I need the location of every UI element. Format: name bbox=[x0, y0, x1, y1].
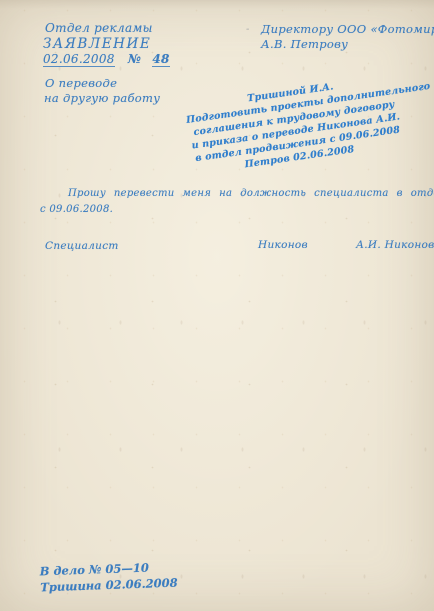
filing-note: В дело № 05—10 Тришина 02.06.2008 bbox=[39, 559, 177, 596]
body-text-line-2: с 09.06.2008. bbox=[40, 204, 113, 215]
document-type-title: ЗАЯВЛЕНИЕ bbox=[43, 36, 151, 52]
addressee-line-1: Директору ООО «Фотомир» bbox=[261, 22, 434, 36]
addressee-line-2: А.В. Петрову bbox=[261, 37, 348, 51]
subject-line-1: О переводе bbox=[45, 76, 117, 90]
subject-line-2: на другую работу bbox=[44, 91, 160, 105]
document-number: 48 bbox=[152, 52, 169, 67]
handwritten-signature: Никонов bbox=[258, 239, 308, 251]
filing-note-line-2: Тришина 02.06.2008 bbox=[40, 575, 178, 596]
signer-name: А.И. Никонов bbox=[356, 239, 434, 251]
stray-mark: - bbox=[246, 24, 250, 35]
department-name: Отдел рекламы bbox=[45, 21, 153, 35]
signer-position: Специалист bbox=[45, 240, 119, 252]
document-date: 02.06.2008 bbox=[43, 52, 115, 67]
number-sign: № bbox=[128, 52, 141, 66]
paper-document: Отдел рекламы ЗАЯВЛЕНИЕ 02.06.2008 № 48 … bbox=[0, 0, 434, 611]
body-text-line-1: Прошу перевести меня на должность специа… bbox=[68, 188, 434, 199]
date-and-number-row: 02.06.2008 № 48 bbox=[43, 52, 170, 66]
resolution-note: Тришиной И.А. Подготовить проекты дополн… bbox=[184, 71, 407, 178]
